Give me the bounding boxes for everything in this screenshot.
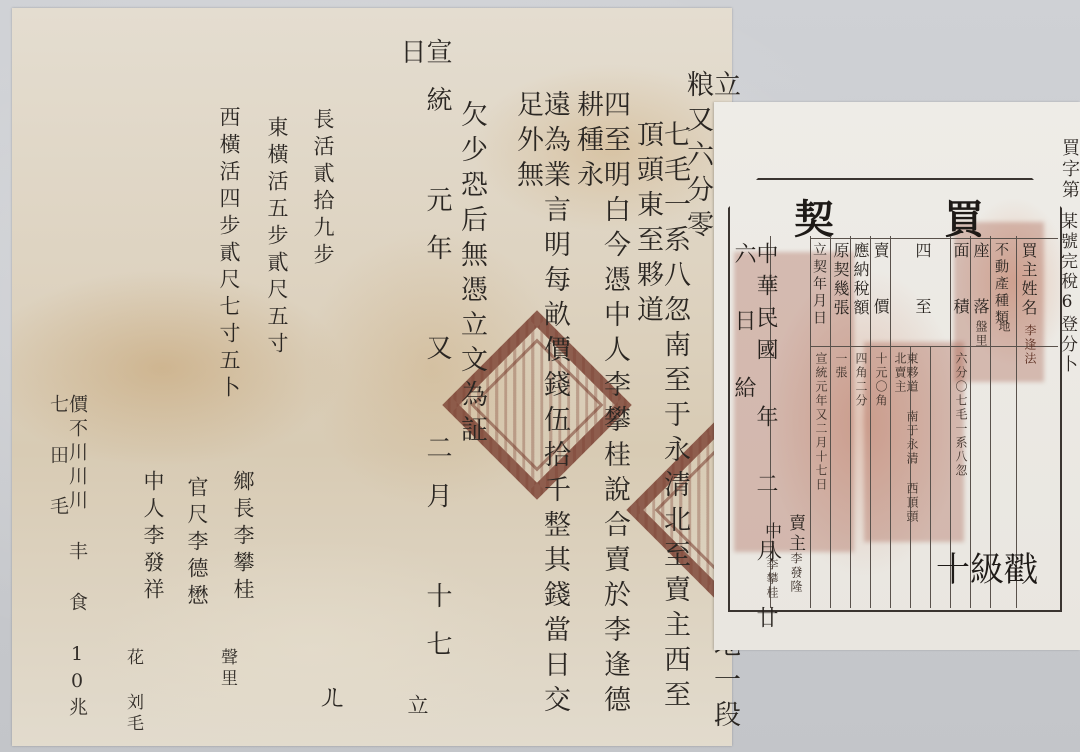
east-width: 東橫活五步貳尺五寸 [266, 116, 287, 359]
issue-date-column: 中華民國 年 二 月 廿六 日 給 [732, 242, 776, 650]
field-label-original-deeds: 原契幾張 [832, 242, 848, 318]
field-value-area: 六分〇七毛一系八忽 [955, 352, 967, 478]
field-value-contract-date: 宣統元年又二月十七日 [815, 352, 827, 492]
seller-mark: ㄦ [314, 680, 344, 718]
field-value-location: 盤里 [975, 320, 987, 348]
side-header: 買字第 [1060, 138, 1078, 201]
field-value-property-type: 地 [998, 320, 1010, 334]
deed-text-column: 遠為業言明每畝價錢伍拾千整其錢當日交足外無 [514, 90, 568, 746]
printed-sale-contract: 契 買 買主姓名 李逢法 不動產種類 地 座落 盤里 面積 六分〇七毛一系八忽 … [714, 102, 1080, 650]
form-title-contract: 契 [794, 188, 834, 245]
field-value-sale-price: 十元〇角 [875, 352, 887, 408]
field-label-area: 面積 [952, 242, 968, 354]
seller-label: 賣主 [786, 514, 803, 554]
field-label-boundaries: 四至 [914, 242, 930, 354]
margin-annotation: 價不川川川 丰 食 10兆 七 田 毛 [48, 394, 86, 746]
field-label-property-type: 不動產種類 [994, 242, 1008, 327]
witness-mark: 聲里 [218, 648, 235, 690]
field-label-tax-due: 應納稅額 [852, 242, 868, 318]
grid-line [810, 346, 1058, 347]
witness-official-measurer: 官尺李德懋 [186, 476, 207, 611]
field-label-buyer-name: 買主姓名 [1020, 242, 1036, 318]
seller-value: 李發隆 [790, 552, 802, 594]
official-signature: 十級戳 [936, 542, 1038, 591]
deed-date: 宣統 元年 又 二月 十七 日 [398, 38, 450, 746]
grid-line [810, 238, 1058, 239]
grid-line [890, 236, 891, 608]
date-sign-mark: 立 [406, 694, 427, 721]
witness-middleman: 中人李發祥 [142, 470, 163, 605]
deed-text-column: 欠少恐后無憑立文為証 [458, 100, 485, 450]
witness-mark: 花 刘毛 [124, 648, 141, 735]
field-value-boundaries: 東夥道 南于永清 西頂頭 北賣主 [894, 352, 918, 552]
field-value-original-deeds: 一張 [835, 352, 847, 380]
land-length: 長活貳拾九步 [312, 108, 333, 270]
west-width: 西橫活四步貳尺七寸五卜 [218, 106, 239, 403]
deed-text-column: 七毛一系八忽南至于永清北至賣主西至頂頭東至夥道 [634, 120, 688, 746]
grid-line [930, 346, 931, 608]
field-value-buyer-name: 李逢法 [1024, 324, 1036, 366]
deed-text-column: 四至明白今憑中人李攀桂說合賣於李逢德耕種永 [574, 90, 628, 746]
handwritten-deed: 立文人李發隆因為不便今將村東東西地一段粮又六分零 七毛一系八忽南至于永清北至賣主… [12, 8, 732, 746]
side-tax-note: 某號完稅6登分卜 [1058, 212, 1075, 375]
field-label-sale-price: 賣價 [872, 242, 888, 354]
field-label-contract-date: 立契年月日 [812, 242, 826, 327]
witness-village-head: 鄉長李攀桂 [232, 470, 253, 605]
field-value-tax-due: 四角二分 [855, 352, 867, 408]
